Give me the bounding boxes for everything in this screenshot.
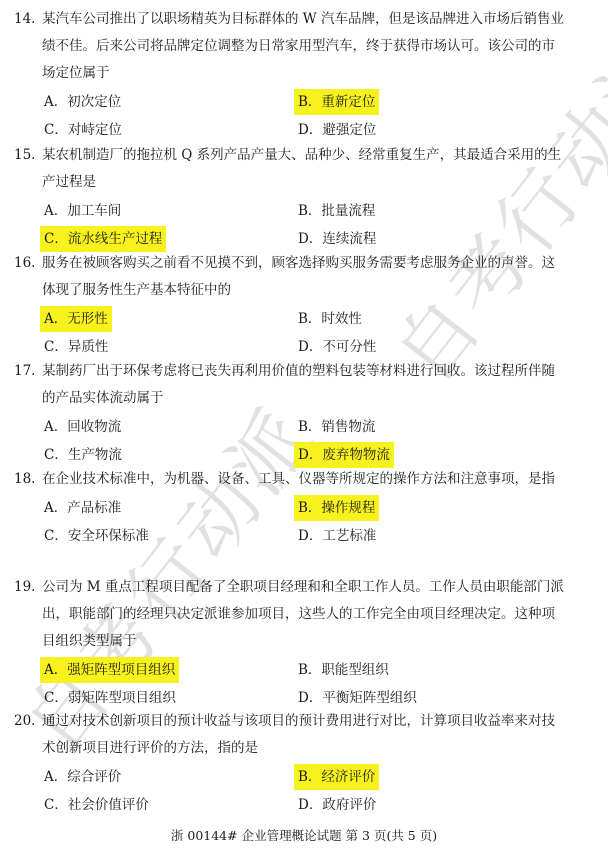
question-number: 14.	[14, 6, 42, 87]
options: A．加工车间 B．批量流程 C．流水线生产过程 D．连续流程	[14, 198, 594, 254]
question-stem: 服务在被顾客购买之前看不见摸不到，顾客选择购买服务需要考虑服务企业的声誉。这体现…	[42, 250, 594, 304]
option-d: D．工艺标准	[294, 523, 380, 549]
option-a: A．产品标准	[40, 495, 125, 521]
option-d: D．不可分性	[294, 334, 380, 360]
question-number: 15.	[14, 142, 42, 196]
question-18: 18. 在企业技术标准中，为机器、设备、工具、仪器等所规定的操作方法和注意事项，…	[14, 466, 594, 551]
option-d: D．避强定位	[294, 117, 380, 143]
option-c: C．安全环保标准	[40, 523, 153, 549]
option-a-highlighted: A．无形性	[40, 306, 112, 332]
option-c: C．社会价值评价	[40, 792, 153, 818]
options: A．强矩阵型项目组织 B．职能型组织 C．弱矩阵型项目组织 D．平衡矩阵型组织	[14, 657, 594, 713]
option-a: A．初次定位	[40, 89, 125, 115]
option-a: A．回收物流	[40, 414, 125, 440]
question-15: 15. 某农机制造厂的拖拉机 Q 系列产品产量大、品种少、经常重复生产，其最适合…	[14, 142, 594, 254]
question-number: 19.	[14, 574, 42, 655]
option-d: D．连续流程	[294, 226, 380, 252]
question-stem: 通过对技术创新项目的预计收益与该项目的预计费用进行对比，计算项目收益率来对技术创…	[42, 708, 594, 762]
question-stem: 在企业技术标准中，为机器、设备、工具、仪器等所规定的操作方法和注意事项，是指	[42, 466, 594, 493]
question-stem: 某农机制造厂的拖拉机 Q 系列产品产量大、品种少、经常重复生产，其最适合采用的生…	[42, 142, 594, 196]
option-a: A．综合评价	[40, 764, 125, 790]
question-19: 19. 公司为 M 重点工程项目配备了全职项目经理和和全职工作人员。工作人员由职…	[14, 574, 594, 713]
option-b: B．时效性	[294, 306, 366, 332]
option-c: C．对峙定位	[40, 117, 126, 143]
option-a: A．加工车间	[40, 198, 125, 224]
question-stem: 某制药厂出于环保考虑将已丧失再利用价值的塑料包装等材料进行回收。该过程所伴随的产…	[42, 358, 594, 412]
question-17: 17. 某制药厂出于环保考虑将已丧失再利用价值的塑料包装等材料进行回收。该过程所…	[14, 358, 594, 470]
question-number: 18.	[14, 466, 42, 493]
options: A．产品标准 B．操作规程 C．安全环保标准 D．工艺标准	[14, 495, 594, 551]
option-b-highlighted: B．重新定位	[294, 89, 379, 115]
options: A．初次定位 B．重新定位 C．对峙定位 D．避强定位	[14, 89, 594, 145]
question-14: 14. 某汽车公司推出了以职场精英为目标群体的 W 汽车品牌，但是该品牌进入市场…	[14, 6, 594, 145]
question-number: 16.	[14, 250, 42, 304]
option-d-highlighted: D．废弃物物流	[294, 442, 394, 468]
option-b-highlighted: B．操作规程	[294, 495, 379, 521]
options: A．综合评价 B．经济评价 C．社会价值评价 D．政府评价	[14, 764, 594, 820]
option-b: B．批量流程	[294, 198, 379, 224]
option-c: C．异质性	[40, 334, 112, 360]
option-d: D．政府评价	[294, 792, 380, 818]
page-footer: 浙 00144# 企业管理概论试题 第 3 页(共 5 页)	[0, 826, 608, 844]
question-stem: 公司为 M 重点工程项目配备了全职项目经理和和全职工作人员。工作人员由职能部门派…	[42, 574, 594, 655]
options: A．回收物流 B．销售物流 C．生产物流 D．废弃物物流	[14, 414, 594, 470]
exam-page: 自考行动派 自考行动派 14. 某汽车公司推出了以职场精英为目标群体的 W 汽车…	[0, 0, 608, 858]
question-16: 16. 服务在被顾客购买之前看不见摸不到，顾客选择购买服务需要考虑服务企业的声誉…	[14, 250, 594, 362]
options: A．无形性 B．时效性 C．异质性 D．不可分性	[14, 306, 594, 362]
question-20: 20. 通过对技术创新项目的预计收益与该项目的预计费用进行对比，计算项目收益率来…	[14, 708, 594, 820]
option-c-highlighted: C．流水线生产过程	[40, 226, 166, 252]
option-b-highlighted: B．经济评价	[294, 764, 379, 790]
option-a-highlighted: A．强矩阵型项目组织	[40, 657, 179, 683]
question-number: 20.	[14, 708, 42, 762]
option-c: C．生产物流	[40, 442, 126, 468]
question-number: 17.	[14, 358, 42, 412]
option-b: B．职能型组织	[294, 657, 393, 683]
question-stem: 某汽车公司推出了以职场精英为目标群体的 W 汽车品牌，但是该品牌进入市场后销售业…	[42, 6, 594, 87]
option-b: B．销售物流	[294, 414, 379, 440]
